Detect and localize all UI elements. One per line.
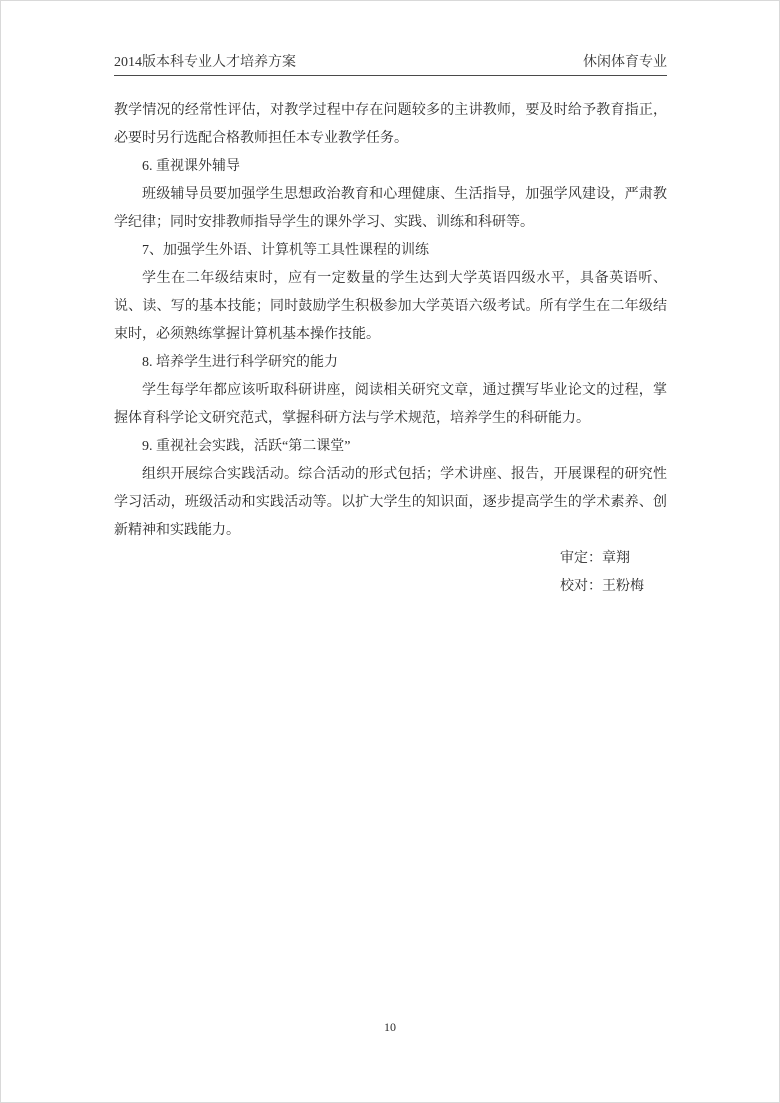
- signoff-block: 审定：章翔 校对：王粉梅: [560, 545, 667, 601]
- paragraph-tutoring: 班级辅导员要加强学生思想政治教育和心理健康、生活指导，加强学风建设，严肃教学纪律…: [114, 181, 667, 237]
- section-heading-7: 7、加强学生外语、计算机等工具性课程的训练: [114, 237, 667, 265]
- document-page: 2014版本科专业人才培养方案 休闲体育专业 教学情况的经常性评估，对教学过程中…: [0, 0, 780, 1103]
- header-major-name: 休闲体育专业: [583, 54, 667, 72]
- page-number: 10: [384, 1020, 396, 1034]
- section-heading-8: 8. 培养学生进行科学研究的能力: [114, 349, 667, 377]
- signoff-reviewer: 审定：章翔: [560, 545, 667, 573]
- page-header: 2014版本科专业人才培养方案 休闲体育专业: [114, 54, 667, 76]
- section-heading-6: 6. 重视课外辅导: [114, 153, 667, 181]
- header-doc-title: 2014版本科专业人才培养方案: [114, 54, 296, 72]
- section-heading-9: 9. 重视社会实践，活跃“第二课堂”: [114, 433, 667, 461]
- signoff-proofreader: 校对：王粉梅: [560, 573, 667, 601]
- paragraph-practice: 组织开展综合实践活动。综合活动的形式包括；学术讲座、报告，开展课程的研究性学习活…: [114, 461, 667, 545]
- page-footer: 10: [1, 1019, 779, 1035]
- document-body: 教学情况的经常性评估，对教学过程中存在问题较多的主讲教师，要及时给予教育指正，必…: [114, 97, 667, 601]
- paragraph-language-computer: 学生在二年级结束时，应有一定数量的学生达到大学英语四级水平，具备英语听、说、读、…: [114, 265, 667, 349]
- paragraph-research: 学生每学年都应该听取科研讲座，阅读相关研究文章，通过撰写毕业论文的过程，掌握体育…: [114, 377, 667, 433]
- paragraph-continuation: 教学情况的经常性评估，对教学过程中存在问题较多的主讲教师，要及时给予教育指正，必…: [114, 97, 667, 153]
